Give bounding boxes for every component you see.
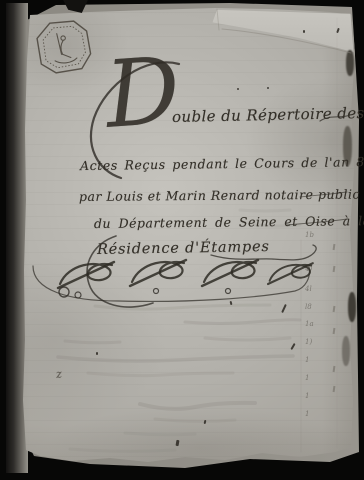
margin-mark: 1) [305, 338, 312, 346]
margin-mark: 1 [305, 356, 309, 364]
title-line-5: Résidence d'Étampes [97, 239, 270, 258]
margin-mark: 4l [305, 285, 312, 293]
manuscript-photo: D ouble du Répertoire des Actes Reçus pe… [0, 0, 364, 480]
ink-speck [303, 30, 305, 33]
margin-mark: 1 [305, 410, 309, 418]
revenue-stamp-icon [34, 18, 97, 79]
edge-stain [342, 336, 350, 366]
margin-mark: 1 [305, 392, 309, 400]
ink-speck [96, 352, 98, 355]
edge-stain [346, 50, 354, 76]
margin-mark: 1b [305, 231, 314, 239]
initial-letter-D: D [103, 45, 183, 142]
margin-mark: l8 [305, 303, 312, 311]
title-line-3: par Louis et Marin Renard notaire public [79, 187, 360, 204]
margin-mark: 1a [305, 320, 314, 328]
margin-mark: 4) [305, 265, 312, 273]
ink-speck [267, 87, 269, 89]
edge-stain [348, 292, 356, 322]
ink-speck [237, 88, 239, 90]
title-line-4: du Département de Seine et Oise à la [94, 213, 364, 231]
margin-mark: 1 [305, 374, 309, 382]
